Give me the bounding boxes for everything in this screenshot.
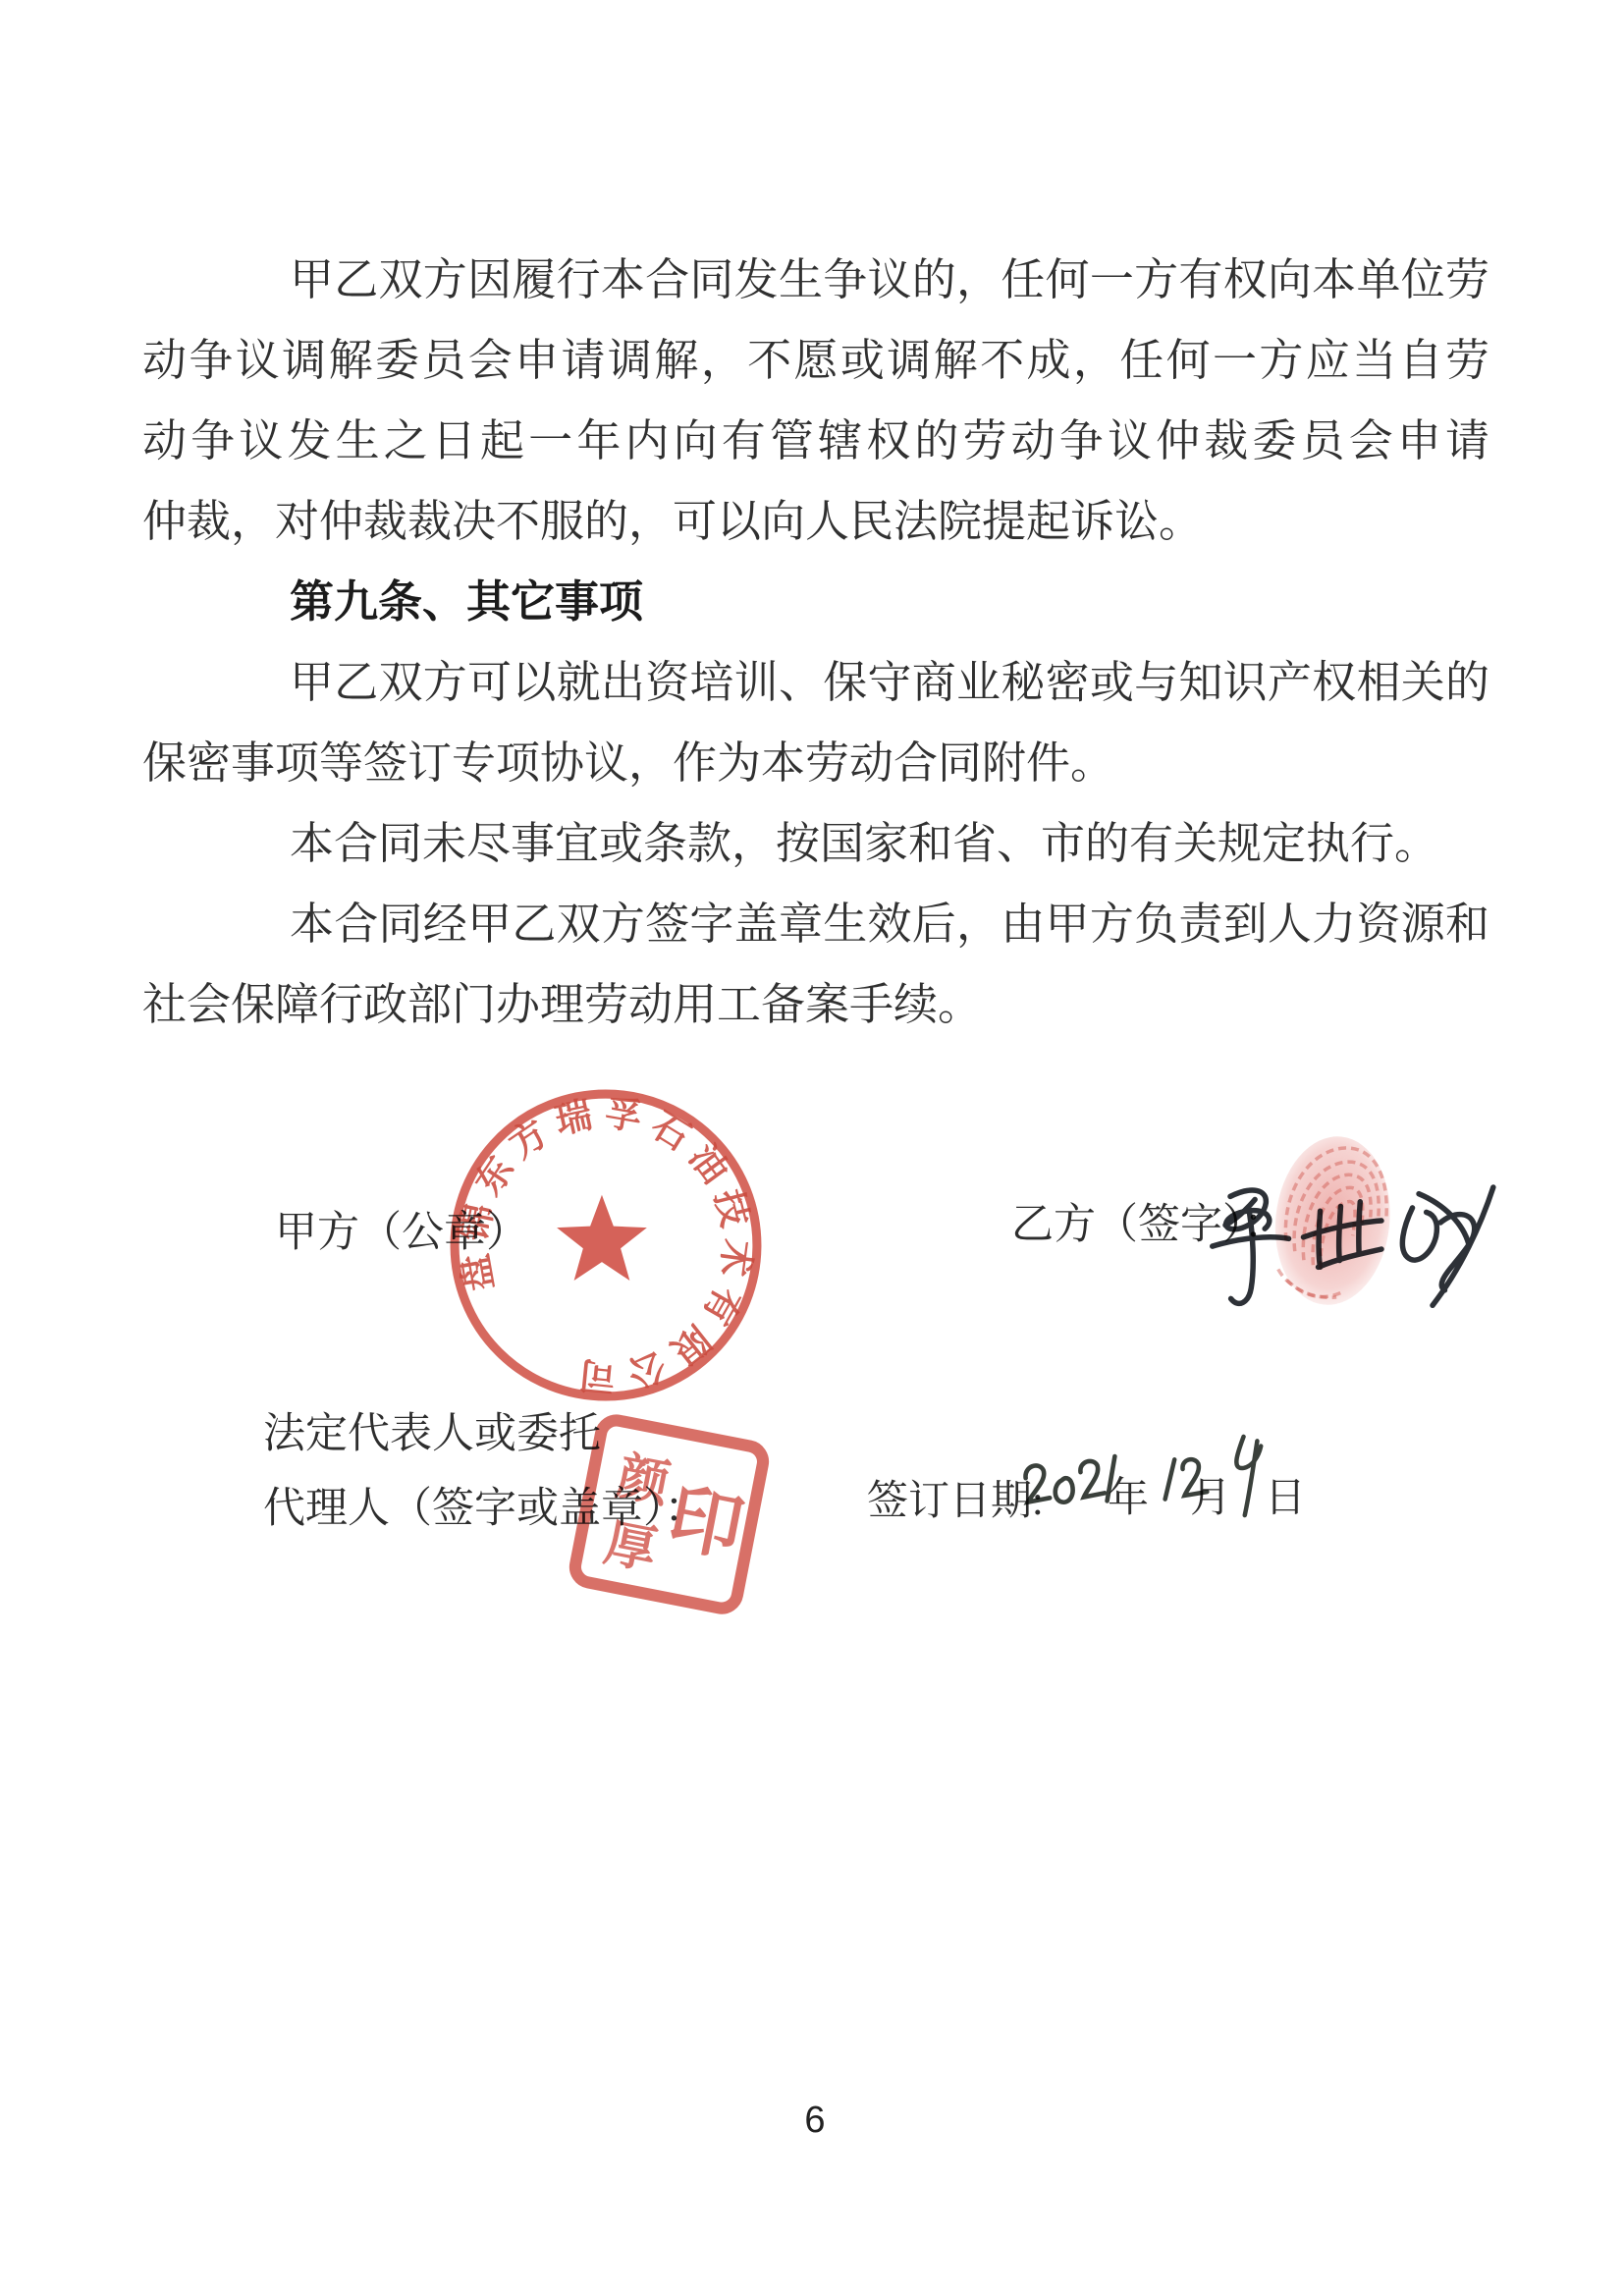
paragraph-line: 仲裁，对仲裁裁决不服的，可以向人民法院提起诉讼。 [142,481,1489,562]
name-seal: 印 颜 厚 [558,1403,780,1629]
star-icon [557,1195,647,1281]
company-seal: 盘锦东方瑞孚石油技术有限公司 [444,1086,770,1409]
paragraph-line: 本合同经甲乙双方签字盖章生效后，由甲方负责到人力资源和 [142,884,1489,964]
handwritten-year: 2021 [1017,1448,1121,1523]
paragraph-line: 甲乙双方因履行本合同发生争议的，任何一方有权向本单位劳 [142,240,1489,320]
handwritten-month: 12 [1150,1448,1215,1514]
name-seal-char-left-top: 颜 [613,1448,675,1514]
paragraph-line: 社会保障行政部门办理劳动用工备案手续。 [142,964,1489,1045]
article-9-heading: 第九条、其它事项 [142,562,1489,642]
signing-date-label: 签订日期: [867,1468,1044,1527]
paragraph-line: 动争议调解委员会申请调解，不愿或调解不成，任何一方应当自劳 [142,320,1489,401]
page-number: 6 [785,2100,844,2142]
legal-rep-label-line1: 法定代表人或委托 [263,1400,601,1460]
paragraph-line: 动争议发生之日起一年内向有管辖权的劳动争议仲裁委员会申请 [142,401,1489,481]
paragraph-line: 保密事项等签订专项协议，作为本劳动合同附件。 [142,723,1489,803]
name-seal-char-left-bottom: 厚 [600,1514,662,1580]
handwritten-day: 4 [1221,1428,1269,1532]
paragraph-line: 本合同未尽事宜或条款，按国家和省、市的有关规定执行。 [142,803,1489,884]
day-suffix: 日 [1265,1465,1306,1524]
contract-body: 甲乙双方因履行本合同发生争议的，任何一方有权向本单位劳 动争议调解委员会申请调解… [142,240,1489,1045]
contract-page: 甲乙双方因履行本合同发生争议的，任何一方有权向本单位劳 动争议调解委员会申请调解… [0,0,1624,2294]
party-b-signature: 单世扬 [1200,1170,1509,1333]
name-seal-char-right: 印 [662,1477,749,1571]
paragraph-line: 甲乙双方可以就出资培训、保守商业秘密或与知识产权相关的 [142,642,1489,723]
